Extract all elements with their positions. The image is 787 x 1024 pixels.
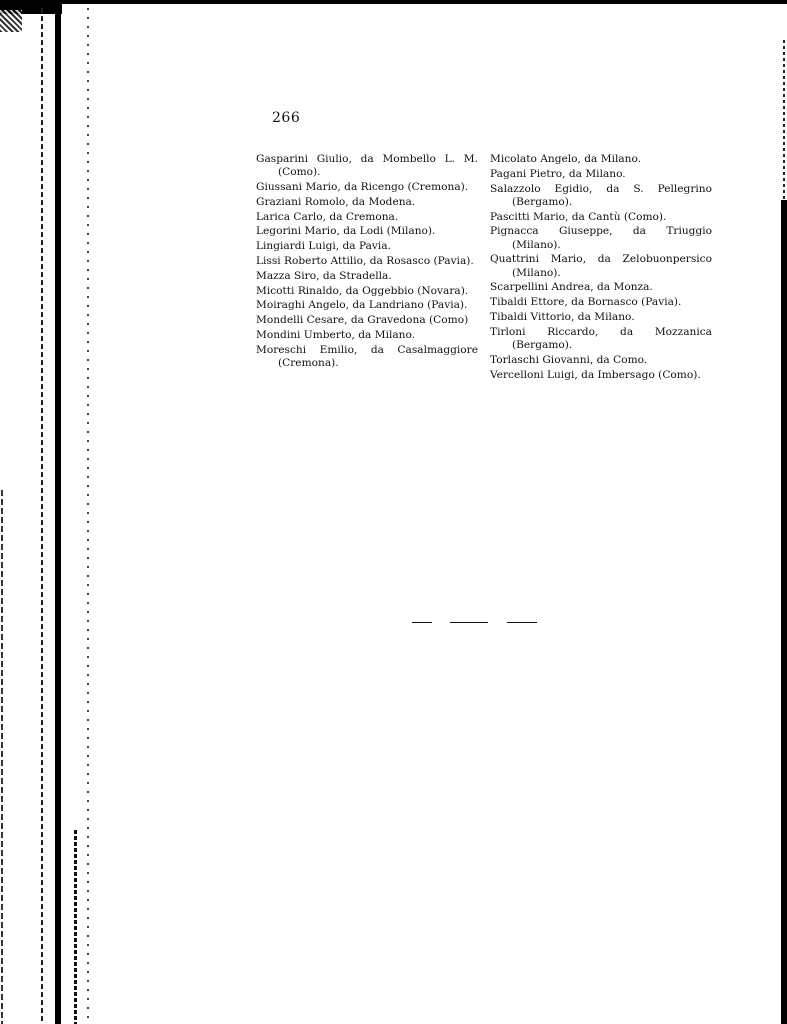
list-entry: Micolato Angelo, da Milano. bbox=[490, 153, 712, 166]
list-entry: Quattrini Mario, da Zelobuonpersico (Mil… bbox=[490, 253, 712, 279]
list-entry: Graziani Romolo, da Modena. bbox=[256, 196, 478, 209]
end-rule-segment bbox=[507, 622, 537, 623]
left-column: Gasparini Giulio, da Mombello L. M. (Com… bbox=[256, 153, 478, 372]
list-entry: Gasparini Giulio, da Mombello L. M. (Com… bbox=[256, 153, 478, 179]
list-entry: Pascitti Mario, da Cantù (Como). bbox=[490, 211, 712, 224]
list-entry: Legorini Mario, da Lodi (Milano). bbox=[256, 225, 478, 238]
list-entry: Tibaldi Ettore, da Bornasco (Pavia). bbox=[490, 296, 712, 309]
list-entry: Torlaschi Giovanni, da Como. bbox=[490, 354, 712, 367]
list-entry: Mazza Siro, da Stradella. bbox=[256, 270, 478, 283]
list-entry: Pagani Pietro, da Milano. bbox=[490, 168, 712, 181]
list-entry: Pignacca Giuseppe, da Triuggio (Milano). bbox=[490, 225, 712, 251]
list-entry: Mondelli Cesare, da Gravedona (Como) bbox=[256, 314, 478, 327]
list-entry: Giussani Mario, da Ricengo (Cremona). bbox=[256, 181, 478, 194]
scan-top-edge bbox=[0, 0, 787, 4]
list-entry: Salazzolo Egidio, da S. Pellegrino (Berg… bbox=[490, 183, 712, 209]
right-column: Micolato Angelo, da Milano. Pagani Pietr… bbox=[490, 153, 712, 383]
list-entry: Tirloni Riccardo, da Mozzanica (Bergamo)… bbox=[490, 326, 712, 352]
binding-lower-line bbox=[74, 830, 77, 1024]
list-entry: Micotti Rinaldo, da Oggebbio (Novara). bbox=[256, 285, 478, 298]
binding-dotted-line bbox=[87, 8, 89, 1024]
page-number: 266 bbox=[272, 110, 300, 126]
list-entry: Larica Carlo, da Cremona. bbox=[256, 211, 478, 224]
list-entry: Tibaldi Vittorio, da Milano. bbox=[490, 311, 712, 324]
list-entry: Vercelloni Luigi, da Imbersago (Como). bbox=[490, 369, 712, 382]
scan-right-edge bbox=[781, 200, 787, 1024]
list-entry: Lingiardi Luigi, da Pavia. bbox=[256, 240, 478, 253]
binding-shadow-line bbox=[41, 8, 43, 1024]
list-entry: Scarpellini Andrea, da Monza. bbox=[490, 281, 712, 294]
end-rule-segment bbox=[412, 622, 432, 623]
binding-edge bbox=[55, 4, 61, 1024]
list-entry: Moiraghi Angelo, da Landriano (Pavia). bbox=[256, 299, 478, 312]
end-rule-segment bbox=[450, 622, 488, 623]
list-entry: Lissi Roberto Attilio, da Rosasco (Pavia… bbox=[256, 255, 478, 268]
scan-right-edge-upper bbox=[783, 40, 785, 200]
list-entry: Moreschi Emilio, da Casalmaggiore (Cremo… bbox=[256, 344, 478, 370]
list-entry: Mondini Umberto, da Milano. bbox=[256, 329, 478, 342]
scan-corner-noise bbox=[0, 10, 22, 32]
scan-left-edge bbox=[1, 490, 3, 1024]
